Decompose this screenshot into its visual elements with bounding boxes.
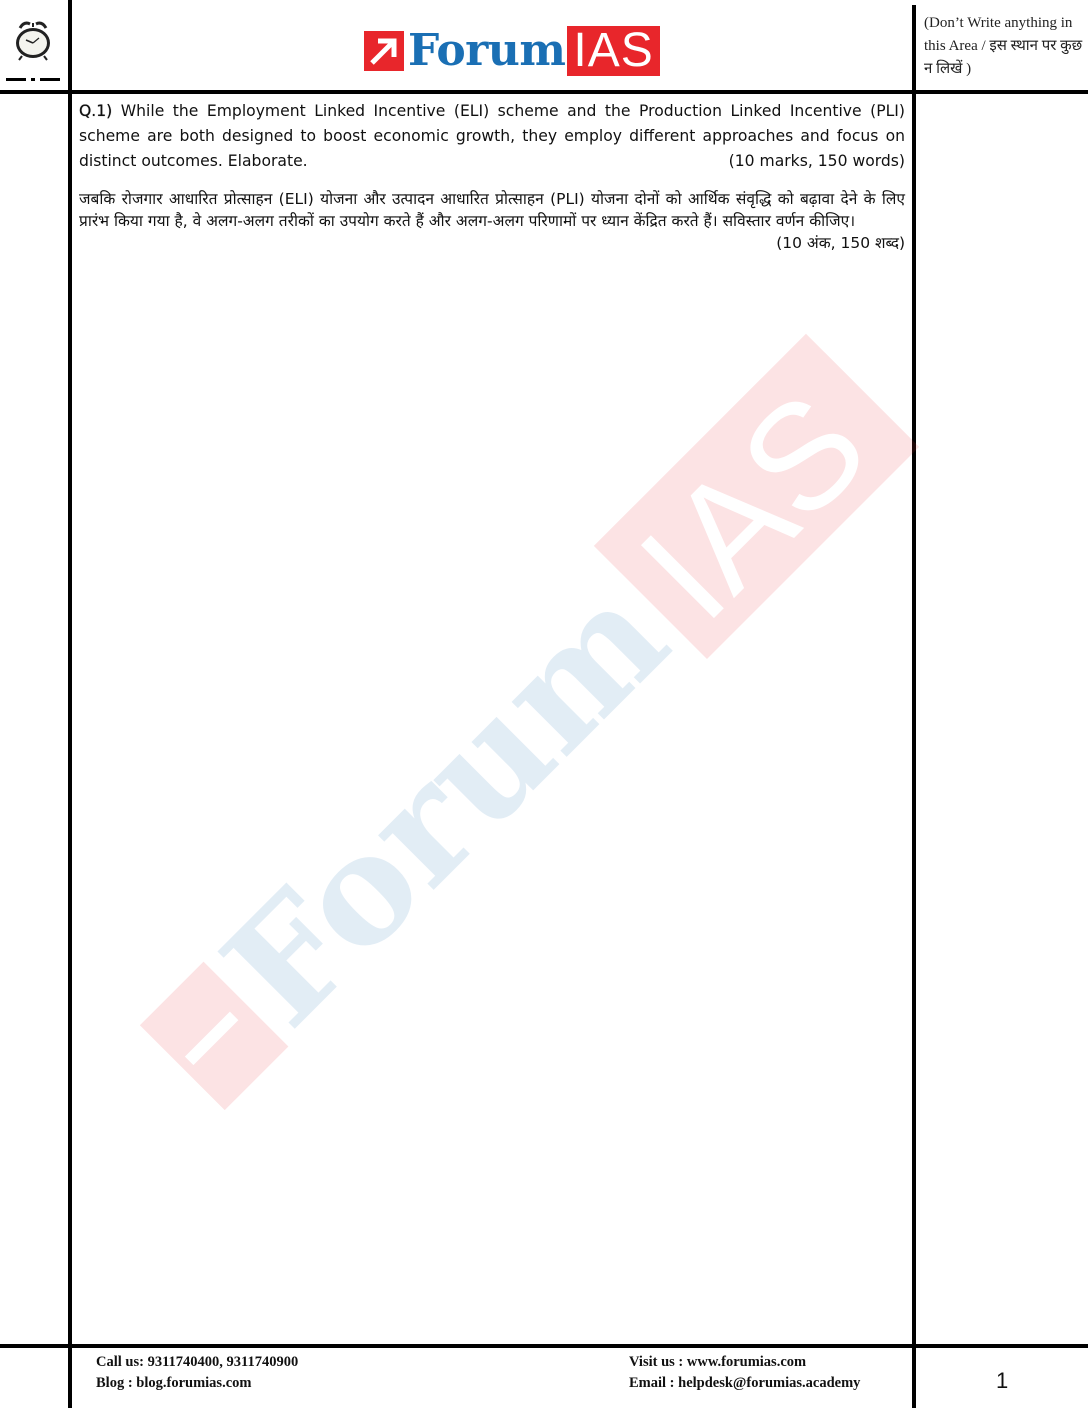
- footer-contact-left: Call us: 9311740400, 9311740900 Blog : b…: [96, 1352, 298, 1394]
- question-hindi: जबकि रोजगार आधारित प्रोत्साहन (ELI) योजन…: [79, 188, 905, 254]
- logo-forum-text: Forum: [408, 26, 565, 76]
- question-marks-hindi: (10 अंक, 150 शब्द): [776, 232, 905, 254]
- footer-website[interactable]: Visit us : www.forumias.com: [629, 1352, 860, 1373]
- right-margin-line: [912, 5, 916, 1408]
- logo-ias-text: IAS: [567, 26, 659, 76]
- arrow-icon: [364, 31, 404, 71]
- footer-contact-right: Visit us : www.forumias.com Email : help…: [629, 1352, 860, 1394]
- question-text-hindi: जबकि रोजगार आधारित प्रोत्साहन (ELI) योजन…: [79, 190, 905, 230]
- footer-blog[interactable]: Blog : blog.forumias.com: [96, 1373, 298, 1394]
- question-english: Q.1) While the Employment Linked Incenti…: [79, 99, 905, 174]
- alarm-clock-icon: [12, 18, 54, 62]
- svg-text:Forum: Forum: [191, 549, 701, 1059]
- time-dash-dot: [31, 78, 35, 81]
- forumias-logo: Forum IAS: [364, 26, 660, 76]
- question-marks-english: (10 marks, 150 words): [729, 149, 905, 174]
- footer-divider: [0, 1344, 1088, 1348]
- page-number: 1: [996, 1368, 1008, 1394]
- svg-text:IAS: IAS: [608, 361, 898, 651]
- left-margin-line: [68, 0, 72, 1408]
- question-number: Q.1): [79, 102, 112, 120]
- header-divider: [0, 90, 1088, 94]
- footer-email[interactable]: Email : helpdesk@forumias.academy: [629, 1373, 860, 1394]
- footer-call: Call us: 9311740400, 9311740900: [96, 1352, 298, 1373]
- time-dash-left: [6, 78, 26, 81]
- time-dash-right: [40, 78, 60, 81]
- forumias-watermark: Forum IAS: [140, 290, 960, 1110]
- do-not-write-note: (Don’t Write anything in this Area / इस …: [924, 12, 1084, 81]
